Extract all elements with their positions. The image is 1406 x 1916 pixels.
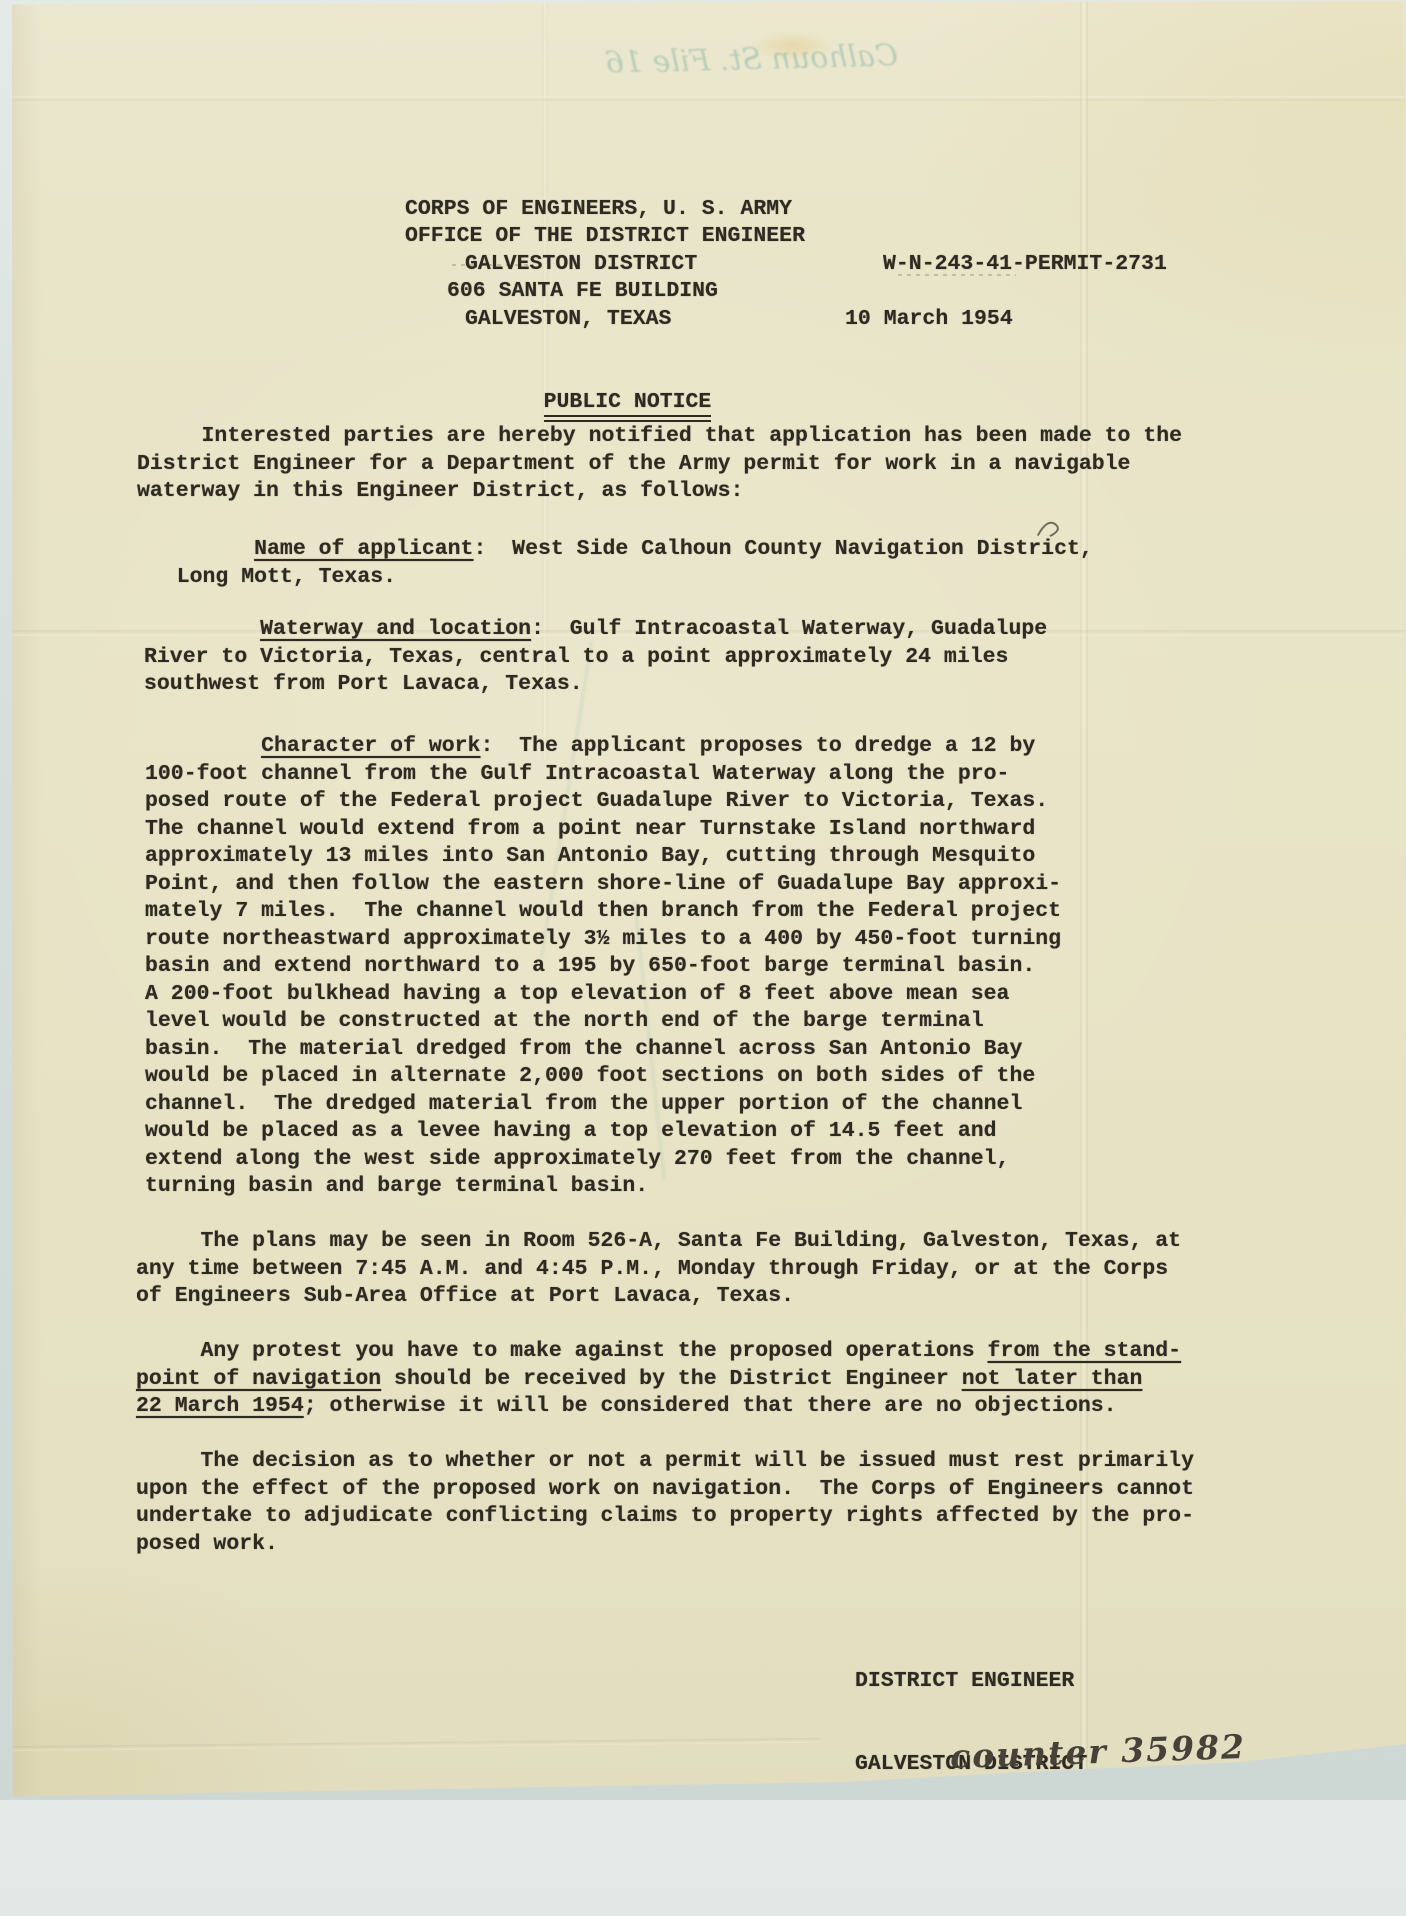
text-run: turning basin and barge terminal basin. [145,1174,648,1198]
document-date: 10 March 1954 [845,306,1013,334]
text-line: District Engineer for a Department of th… [137,451,1182,479]
pen-mark [1033,514,1067,548]
paragraph-applicant: Name of applicant: West Side Calhoun Cou… [138,536,1093,591]
text-run [144,617,260,641]
bleedthrough-handwriting: Calhoun St. File 16 [468,38,899,84]
text-line: any time between 7:45 A.M. and 4:45 P.M.… [136,1256,1181,1284]
text-run: Interested parties are hereby notified t… [137,424,1182,448]
text-run: basin. The material dredged from the cha… [145,1037,1022,1061]
text-line: undertake to adjudicate conflicting clai… [136,1503,1194,1531]
text-line: A 200-foot bulkhead having a top elevati… [145,981,1061,1009]
fold-crease-horizontal [0,96,1406,101]
text-line: basin. The material dredged from the cha… [145,1036,1061,1064]
text-line: Long Mott, Texas. [138,564,1093,592]
text-run: should be received by the District Engin… [381,1367,962,1391]
text-run: : West Side Calhoun County Navigation Di… [473,537,1092,561]
text-line: route northeastward approximately 3½ mil… [145,926,1061,954]
text-run: channel. The dredged material from the u… [145,1092,1022,1116]
text-run: mately 7 miles. The channel would then b… [145,899,1061,923]
text-run [138,537,254,561]
underlined-text-run: not later than [962,1367,1143,1391]
underlined-text-run: Waterway and location [260,617,531,641]
text-line: extend along the west side approximately… [145,1146,1061,1174]
text-line: The decision as to whether or not a perm… [136,1448,1194,1476]
underlined-text-run: Character of work [261,734,480,758]
text-line: turning basin and barge terminal basin. [145,1173,1061,1201]
text-run: extend along the west side approximately… [145,1147,1009,1171]
underlined-text-run: 22 March 1954 [136,1394,304,1418]
fold-crease-horizontal [0,1738,820,1752]
text-run: A 200-foot bulkhead having a top elevati… [145,982,1009,1006]
text-run: level would be constructed at the north … [145,1009,984,1033]
text-line: would be placed in alternate 2,000 foot … [145,1063,1061,1091]
text-run [145,734,261,758]
text-line: posed route of the Federal project Guada… [145,788,1061,816]
text-line: Character of work: The applicant propose… [145,733,1061,761]
header-line-district: GALVESTON DISTRICT [465,251,697,279]
text-run: : The applicant proposes to dredge a 12 … [480,734,1035,758]
text-line: The plans may be seen in Room 526-A, San… [136,1228,1181,1256]
text-line: upon the effect of the proposed work on … [136,1476,1194,1504]
text-line: 100-foot channel from the Gulf Intracoas… [145,761,1061,789]
paragraph-waterway: Waterway and location: Gulf Intracoastal… [144,616,1047,699]
text-run: southwest from Port Lavaca, Texas. [144,672,583,696]
text-run: posed work. [136,1532,278,1556]
paragraph-decision: The decision as to whether or not a perm… [136,1448,1194,1558]
text-line: channel. The dredged material from the u… [145,1091,1061,1119]
text-run: upon the effect of the proposed work on … [136,1477,1194,1501]
paragraph-intro: Interested parties are hereby notified t… [137,423,1182,506]
paragraph-plans: The plans may be seen in Room 526-A, San… [136,1228,1181,1311]
text-run: District Engineer for a Department of th… [137,452,1130,476]
text-line: 22 March 1954; otherwise it will be cons… [136,1393,1181,1421]
text-line: waterway in this Engineer District, as f… [137,478,1182,506]
text-line: Interested parties are hereby notified t… [137,423,1182,451]
text-run: posed route of the Federal project Guada… [145,789,1048,813]
document-title-text: PUBLIC NOTICE [544,390,712,422]
text-line: would be placed as a levee having a top … [145,1118,1061,1146]
text-run: of Engineers Sub-Area Office at Port Lav… [136,1284,794,1308]
text-line: The channel would extend from a point ne… [145,816,1061,844]
signature-line: DISTRICT ENGINEER [855,1668,1087,1696]
text-line: level would be constructed at the north … [145,1008,1061,1036]
text-line: mately 7 miles. The channel would then b… [145,898,1061,926]
text-line: Name of applicant: West Side Calhoun Cou… [138,536,1093,564]
text-run: 100-foot channel from the Gulf Intracoas… [145,762,1009,786]
text-line: southwest from Port Lavaca, Texas. [144,671,1047,699]
text-line: Any protest you have to make against the… [136,1338,1181,1366]
header-line-city: GALVESTON, TEXAS [465,306,671,334]
header-line-agency: CORPS OF ENGINEERS, U. S. ARMY [405,196,792,224]
text-run: undertake to adjudicate conflicting clai… [136,1504,1194,1528]
paragraph-protest: Any protest you have to make against the… [136,1338,1181,1421]
permit-number: W-N-243-41-PERMIT-2731 [883,251,1167,279]
text-line: Waterway and location: Gulf Intracoastal… [144,616,1047,644]
text-run: any time between 7:45 A.M. and 4:45 P.M.… [136,1257,1168,1281]
underlined-text-run: point of navigation [136,1367,381,1391]
text-run: would be placed in alternate 2,000 foot … [145,1064,1035,1088]
text-run: The decision as to whether or not a perm… [136,1449,1194,1473]
text-line: Point, and then follow the eastern shore… [145,871,1061,899]
text-line: posed work. [136,1531,1194,1559]
text-run: route northeastward approximately 3½ mil… [145,927,1061,951]
text-run: Point, and then follow the eastern shore… [145,872,1061,896]
text-run: Long Mott, Texas. [138,565,396,589]
text-line: basin and extend northward to a 195 by 6… [145,953,1061,981]
underlined-text-run: Name of applicant [254,537,473,561]
scanned-document-page: Calhoun St. File 16 CORPS OF ENGINEERS, … [0,0,1406,1800]
text-run: approximately 13 miles into San Antonio … [145,844,1035,868]
underlined-text-run: from the stand- [988,1339,1182,1363]
text-run: The plans may be seen in Room 526-A, San… [136,1229,1181,1253]
header-line-office: OFFICE OF THE DISTRICT ENGINEER [405,223,805,251]
text-run: River to Victoria, Texas, central to a p… [144,645,1008,669]
text-run: waterway in this Engineer District, as f… [137,479,743,503]
header-line-building: 606 SANTA FE BUILDING [447,278,718,306]
text-line: River to Victoria, Texas, central to a p… [144,644,1047,672]
text-run: Any protest you have to make against the… [136,1339,988,1363]
text-run: : Gulf Intracoastal Waterway, Guadalupe [531,617,1047,641]
text-run: basin and extend northward to a 195 by 6… [145,954,1035,978]
text-run: The channel would extend from a point ne… [145,817,1035,841]
text-run: would be placed as a levee having a top … [145,1119,997,1143]
text-line: approximately 13 miles into San Antonio … [145,843,1061,871]
text-line: of Engineers Sub-Area Office at Port Lav… [136,1283,1181,1311]
text-run: ; otherwise it will be considered that t… [304,1394,1117,1418]
text-line: point of navigation should be received b… [136,1366,1181,1394]
paragraph-character-of-work: Character of work: The applicant propose… [145,733,1061,1201]
